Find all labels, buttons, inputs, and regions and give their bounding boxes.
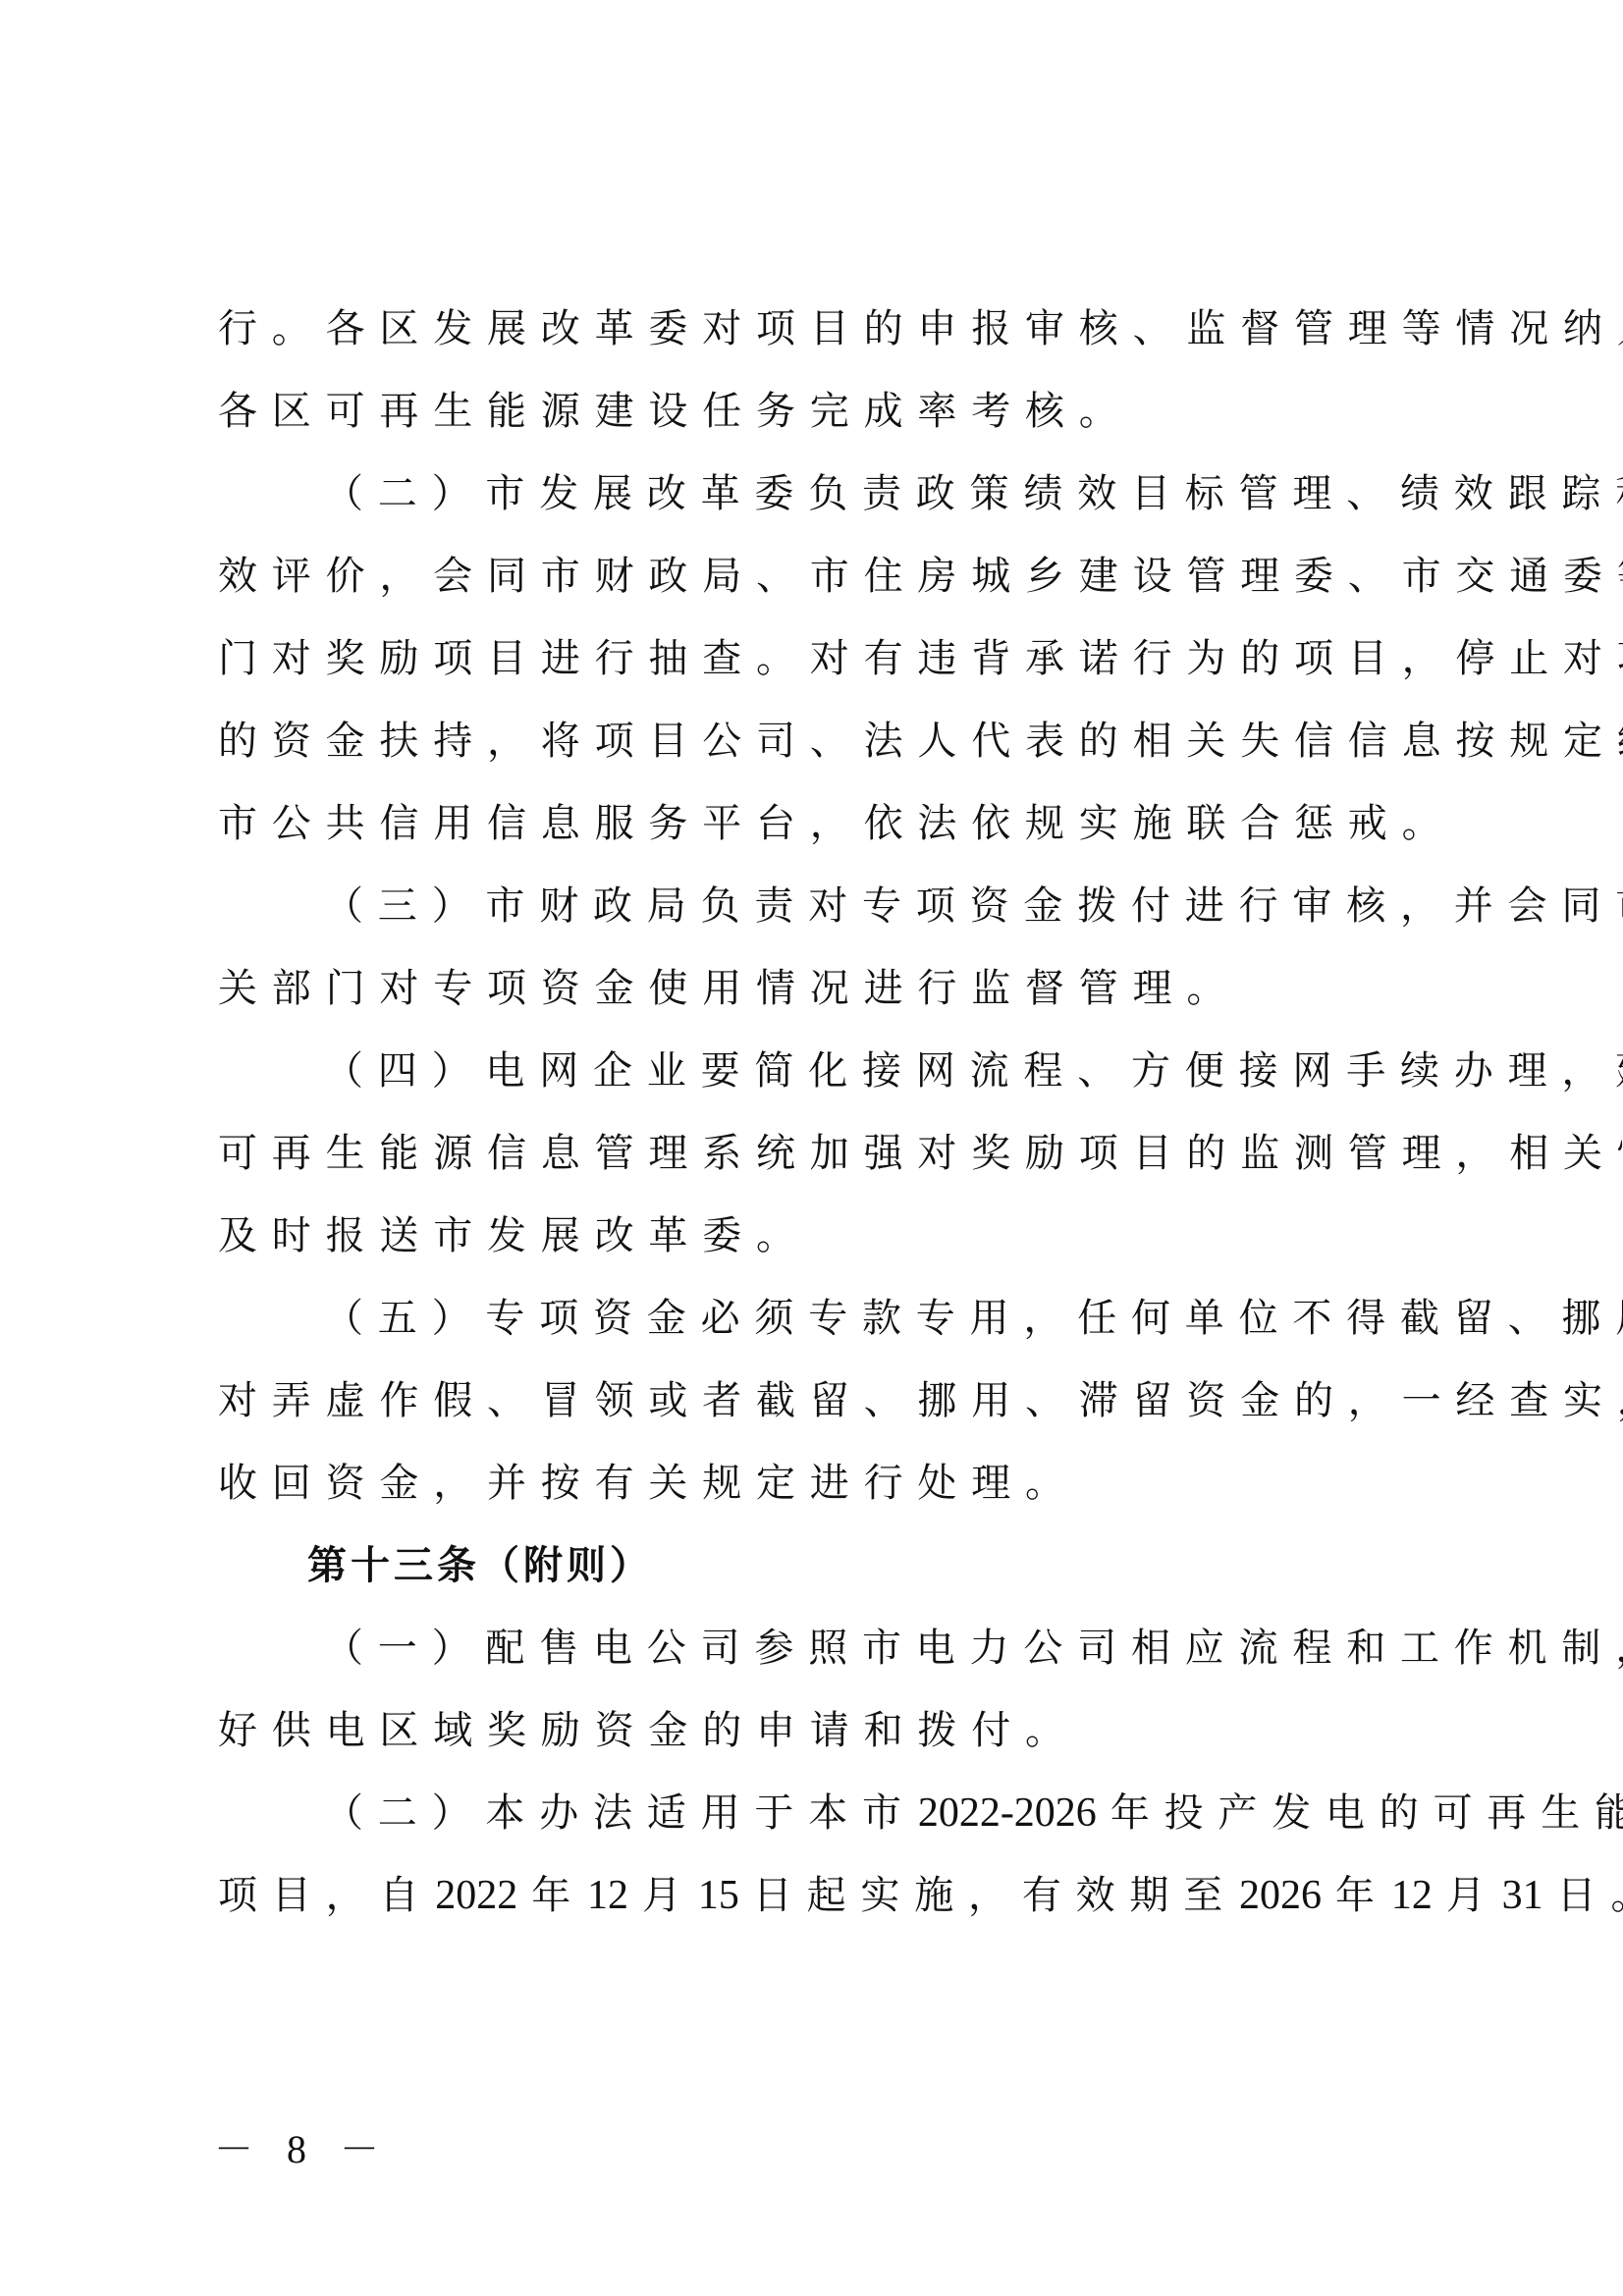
paragraph-line: （二）本办法适用于本市2022-2026年投产发电的可再生能源 <box>218 1772 1411 1854</box>
paragraph-line: （一）配售电公司参照市电力公司相应流程和工作机制，做 <box>218 1607 1411 1689</box>
paragraph-line: 收回资金，并按有关规定进行处理。 <box>218 1442 1411 1524</box>
document-page: 行。各区发展改革委对项目的申报审核、监督管理等情况纳入对 各区可再生能源建设任务… <box>0 0 1623 2296</box>
paragraph-line: （四）电网企业要简化接网流程、方便接网手续办理，建设 <box>218 1030 1411 1112</box>
paragraph-line: （三）市财政局负责对专项资金拨付进行审核，并会同市有 <box>218 865 1411 947</box>
paragraph-line: 对弄虚作假、冒领或者截留、挪用、滞留资金的，一经查实，将 <box>218 1360 1411 1442</box>
paragraph-line: 及时报送市发展改革委。 <box>218 1195 1411 1277</box>
text-segment: 年 <box>531 1873 585 1918</box>
year-range: 2022-2026 <box>918 1790 1097 1836</box>
text-segment: 项目，自 <box>218 1873 433 1918</box>
date-number: 31 <box>1502 1873 1543 1918</box>
paragraph-line: 关部门对专项资金使用情况进行监督管理。 <box>218 947 1411 1030</box>
document-body: 行。各区发展改革委对项目的申报审核、监督管理等情况纳入对 各区可再生能源建设任务… <box>218 288 1411 1937</box>
paragraph-line: 门对奖励项目进行抽查。对有违背承诺行为的项目，停止对项目 <box>218 617 1411 700</box>
paragraph-line: 可再生能源信息管理系统加强对奖励项目的监测管理，相关情况 <box>218 1112 1411 1195</box>
text-segment: 年 <box>1335 1873 1389 1918</box>
paragraph-line: 市公共信用信息服务平台，依法依规实施联合惩戒。 <box>218 782 1411 865</box>
paragraph-line: （二）市发展改革委负责政策绩效目标管理、绩效跟踪和绩 <box>218 453 1411 535</box>
text-segment: 日。 <box>1557 1873 1623 1918</box>
text-segment: 月 <box>642 1873 696 1918</box>
text-segment: 日起实施，有效期至 <box>753 1873 1237 1918</box>
text-segment: 年投产发电的可再生能源 <box>1110 1790 1623 1836</box>
date-number: 15 <box>698 1873 739 1918</box>
paragraph-line: 效评价，会同市财政局、市住房城乡建设管理委、市交通委等部 <box>218 535 1411 617</box>
paragraph-line: 的资金扶持，将项目公司、法人代表的相关失信信息按规定纳入 <box>218 700 1411 782</box>
article-heading: 第十三条（附则） <box>218 1524 1411 1607</box>
text-segment: 月 <box>1446 1873 1500 1918</box>
paragraph-line: 项目，自2022年12月15日起实施，有效期至2026年12月31日。 <box>218 1854 1411 1937</box>
paragraph-line: （五）专项资金必须专款专用，任何单位不得截留、挪用。 <box>218 1277 1411 1360</box>
date-number: 2026 <box>1239 1873 1322 1918</box>
text-segment: （二）本办法适用于本市 <box>324 1790 916 1836</box>
date-number: 2022 <box>435 1873 517 1918</box>
paragraph-line: 行。各区发展改革委对项目的申报审核、监督管理等情况纳入对 <box>218 288 1411 370</box>
date-number: 12 <box>1391 1873 1433 1918</box>
paragraph-line: 各区可再生能源建设任务完成率考核。 <box>218 370 1411 453</box>
paragraph-line: 好供电区域奖励资金的申请和拨付。 <box>218 1689 1411 1772</box>
page-number: － 8 － <box>214 2118 391 2174</box>
date-number: 12 <box>587 1873 628 1918</box>
